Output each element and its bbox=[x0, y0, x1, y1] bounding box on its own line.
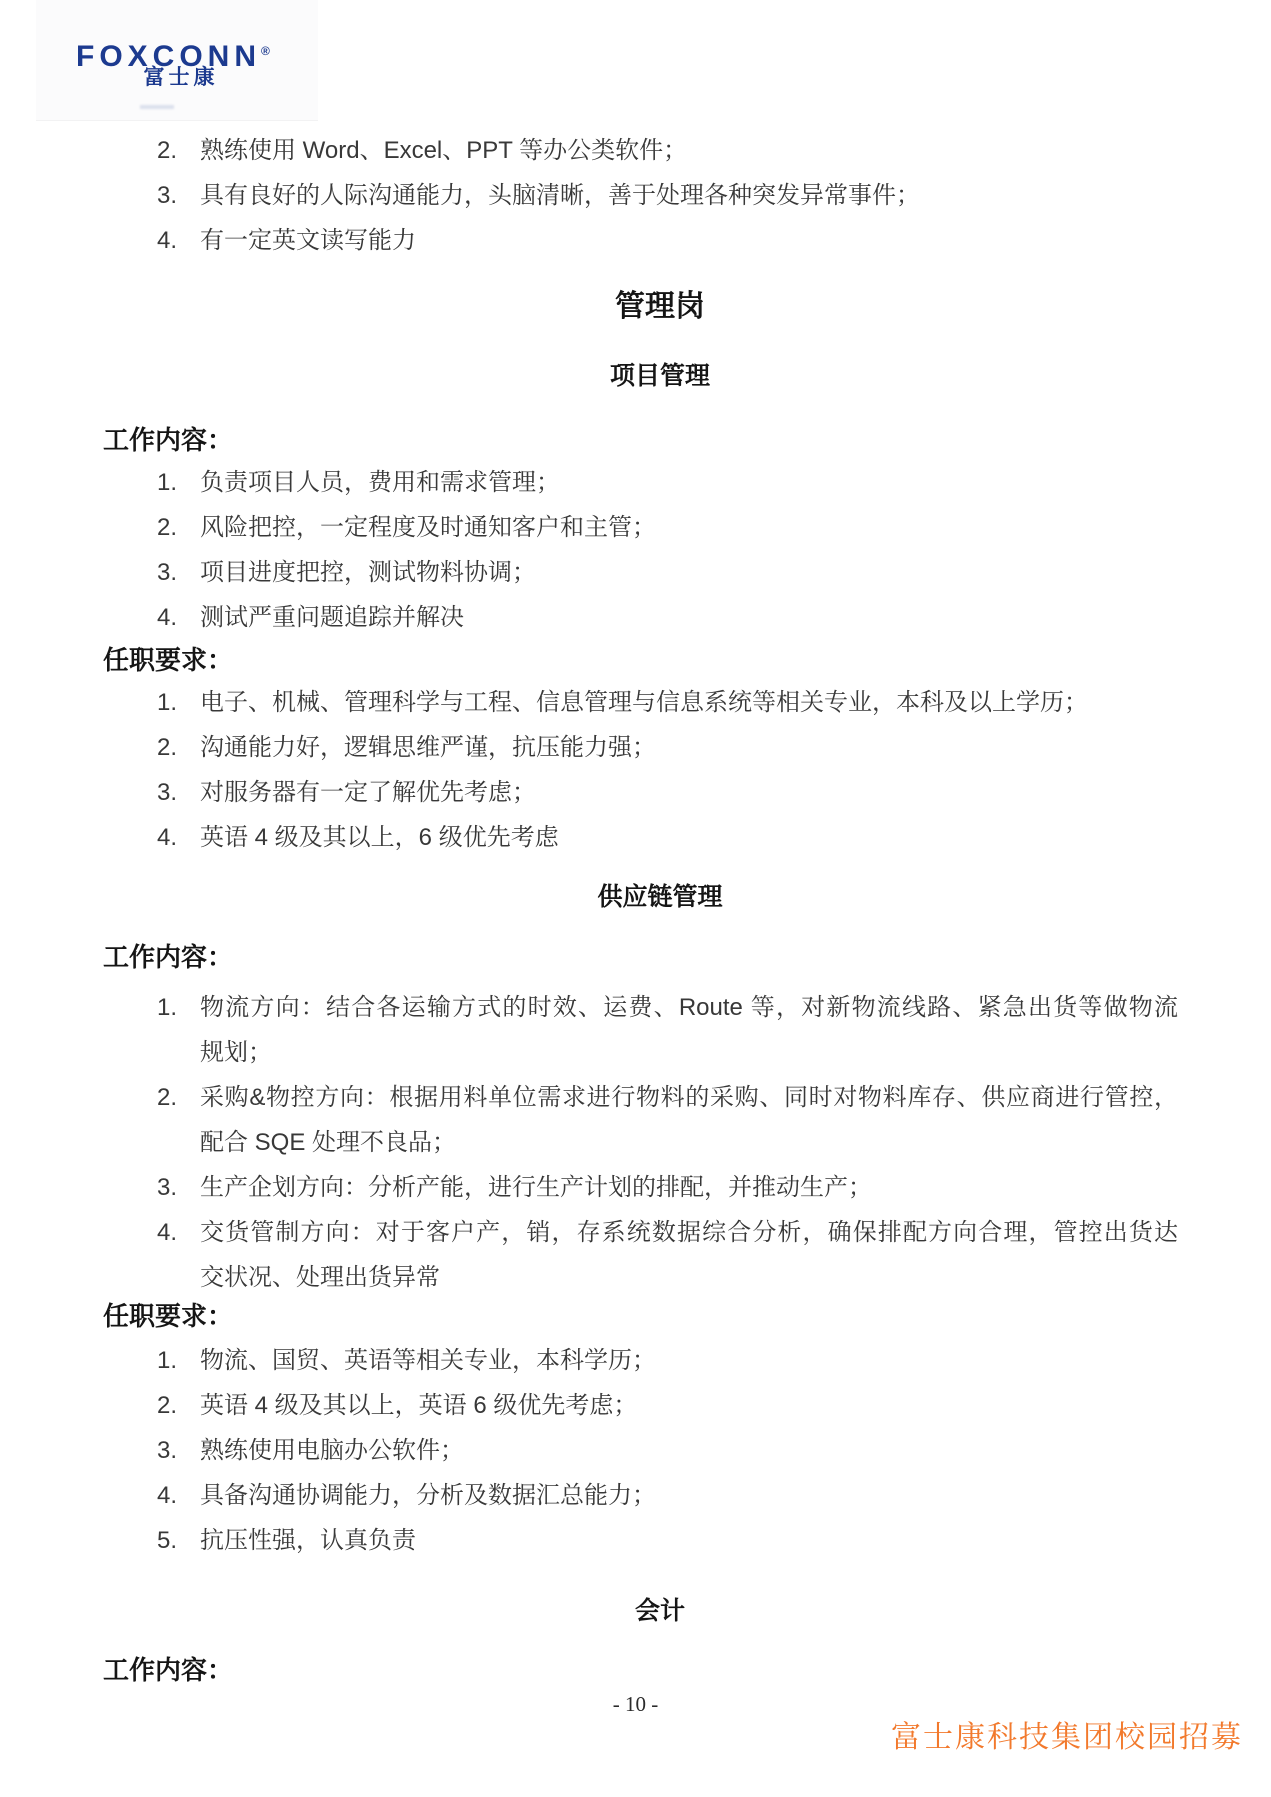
item-text: 抗压性强，认真负责 bbox=[200, 1518, 1178, 1563]
item-text-line: 交货管制方向：对于客户产，销，存系统数据综合分析，确保排配方向合理，管控出货达 bbox=[200, 1210, 1178, 1255]
item-number: 5. bbox=[157, 1518, 200, 1563]
item-text: 交货管制方向：对于客户产，销，存系统数据综合分析，确保排配方向合理，管控出货达 … bbox=[200, 1210, 1178, 1300]
item-number: 3. bbox=[157, 173, 200, 218]
item-text: 沟通能力好，逻辑思维严谨，抗压能力强； bbox=[200, 725, 1178, 770]
item-text: 具备沟通协调能力，分析及数据汇总能力； bbox=[200, 1473, 1178, 1518]
page-number: - 10 - bbox=[0, 1693, 1271, 1716]
item-number: 1. bbox=[157, 985, 200, 1030]
item-number: 1. bbox=[157, 680, 200, 725]
list-item: 4. 英语 4 级及其以上，6 级优先考虑 bbox=[157, 815, 1187, 860]
item-text-line: 交状况、处理出货异常 bbox=[200, 1255, 1178, 1300]
item-number: 2. bbox=[157, 505, 200, 550]
work-label-accounting: 工作内容： bbox=[103, 1656, 233, 1684]
logo-artifact bbox=[140, 105, 174, 109]
list-item: 2. 英语 4 级及其以上，英语 6 级优先考虑； bbox=[157, 1383, 1187, 1428]
item-text: 生产企划方向：分析产能，进行生产计划的排配，并推动生产； bbox=[200, 1165, 1178, 1210]
item-number: 2. bbox=[157, 128, 200, 173]
item-number: 2. bbox=[157, 1383, 200, 1428]
intro-list: 2. 熟练使用 Word、Excel、PPT 等办公类软件； 3. 具有良好的人… bbox=[157, 128, 1187, 263]
item-text: 负责项目人员，费用和需求管理； bbox=[200, 460, 1178, 505]
list-item: 3. 生产企划方向：分析产能，进行生产计划的排配，并推动生产； bbox=[157, 1165, 1187, 1210]
document-page: FOXCONN® 富士康 2. 熟练使用 Word、Excel、PPT 等办公类… bbox=[0, 0, 1271, 1797]
item-text: 熟练使用 Word、Excel、PPT 等办公类软件； bbox=[200, 128, 1178, 173]
item-text: 物流、国贸、英语等相关专业，本科学历； bbox=[200, 1338, 1178, 1383]
footer-brand-text: 富士康科技集团校园招募 bbox=[891, 1722, 1243, 1754]
item-text: 测试严重问题追踪并解决 bbox=[200, 595, 1178, 640]
item-text-line: 规划； bbox=[200, 1030, 1178, 1075]
item-number: 4. bbox=[157, 1473, 200, 1518]
scm-work-list: 1. 物流方向：结合各运输方式的时效、运费、Route 等，对新物流线路、紧急出… bbox=[157, 985, 1187, 1300]
item-number: 2. bbox=[157, 725, 200, 770]
pm-req-list: 1. 电子、机械、管理科学与工程、信息管理与信息系统等相关专业，本科及以上学历；… bbox=[157, 680, 1187, 860]
foxconn-chinese-name: 富士康 bbox=[76, 66, 286, 90]
item-number: 2. bbox=[157, 1075, 200, 1120]
req-label-scm: 任职要求： bbox=[103, 1302, 233, 1330]
item-text: 英语 4 级及其以上，英语 6 级优先考虑； bbox=[200, 1383, 1178, 1428]
item-text: 项目进度把控，测试物料协调； bbox=[200, 550, 1178, 595]
list-item: 5. 抗压性强，认真负责 bbox=[157, 1518, 1187, 1563]
list-item: 4. 有一定英文读写能力 bbox=[157, 218, 1187, 263]
pm-work-list: 1. 负责项目人员，费用和需求管理； 2. 风险把控，一定程度及时通知客户和主管… bbox=[157, 460, 1187, 640]
section-title-accounting: 会计 bbox=[100, 1598, 1220, 1625]
list-item: 2. 沟通能力好，逻辑思维严谨，抗压能力强； bbox=[157, 725, 1187, 770]
list-item: 1. 电子、机械、管理科学与工程、信息管理与信息系统等相关专业，本科及以上学历； bbox=[157, 680, 1187, 725]
list-item: 1. 物流方向：结合各运输方式的时效、运费、Route 等，对新物流线路、紧急出… bbox=[157, 985, 1187, 1075]
list-item: 4. 测试严重问题追踪并解决 bbox=[157, 595, 1187, 640]
item-text-line: 物流方向：结合各运输方式的时效、运费、Route 等，对新物流线路、紧急出货等做… bbox=[200, 985, 1178, 1030]
work-label-pm: 工作内容： bbox=[103, 426, 233, 454]
item-text: 具有良好的人际沟通能力，头脑清晰，善于处理各种突发异常事件； bbox=[200, 173, 1178, 218]
list-item: 3. 熟练使用电脑办公软件； bbox=[157, 1428, 1187, 1473]
list-item: 3. 对服务器有一定了解优先考虑； bbox=[157, 770, 1187, 815]
registered-trademark-icon: ® bbox=[261, 44, 270, 58]
item-number: 4. bbox=[157, 1210, 200, 1255]
item-text-line: 生产企划方向：分析产能，进行生产计划的排配，并推动生产； bbox=[200, 1165, 1178, 1210]
section-title-project-management: 项目管理 bbox=[100, 363, 1220, 390]
item-text: 采购&物控方向：根据用料单位需求进行物料的采购、同时对物料库存、供应商进行管控，… bbox=[200, 1075, 1178, 1165]
item-number: 3. bbox=[157, 1428, 200, 1473]
item-text: 熟练使用电脑办公软件； bbox=[200, 1428, 1178, 1473]
section-title-scm: 供应链管理 bbox=[100, 884, 1220, 911]
list-item: 4. 具备沟通协调能力，分析及数据汇总能力； bbox=[157, 1473, 1187, 1518]
item-number: 4. bbox=[157, 218, 200, 263]
item-number: 1. bbox=[157, 460, 200, 505]
list-item: 2. 熟练使用 Word、Excel、PPT 等办公类软件； bbox=[157, 128, 1187, 173]
list-item: 2. 采购&物控方向：根据用料单位需求进行物料的采购、同时对物料库存、供应商进行… bbox=[157, 1075, 1187, 1165]
list-item: 4. 交货管制方向：对于客户产，销，存系统数据综合分析，确保排配方向合理，管控出… bbox=[157, 1210, 1187, 1300]
item-text: 物流方向：结合各运输方式的时效、运费、Route 等，对新物流线路、紧急出货等做… bbox=[200, 985, 1178, 1075]
work-label-scm: 工作内容： bbox=[103, 943, 233, 971]
section-title-management: 管理岗 bbox=[100, 291, 1220, 323]
item-text: 风险把控，一定程度及时通知客户和主管； bbox=[200, 505, 1178, 550]
item-text-line: 配合 SQE 处理不良品； bbox=[200, 1120, 1178, 1165]
item-text: 英语 4 级及其以上，6 级优先考虑 bbox=[200, 815, 1178, 860]
item-text: 有一定英文读写能力 bbox=[200, 218, 1178, 263]
item-text: 对服务器有一定了解优先考虑； bbox=[200, 770, 1178, 815]
list-item: 3. 项目进度把控，测试物料协调； bbox=[157, 550, 1187, 595]
list-item: 1. 物流、国贸、英语等相关专业，本科学历； bbox=[157, 1338, 1187, 1383]
item-number: 3. bbox=[157, 550, 200, 595]
list-item: 2. 风险把控，一定程度及时通知客户和主管； bbox=[157, 505, 1187, 550]
item-number: 3. bbox=[157, 1165, 200, 1210]
scm-req-list: 1. 物流、国贸、英语等相关专业，本科学历； 2. 英语 4 级及其以上，英语 … bbox=[157, 1338, 1187, 1563]
item-number: 4. bbox=[157, 595, 200, 640]
item-text-line: 采购&物控方向：根据用料单位需求进行物料的采购、同时对物料库存、供应商进行管控， bbox=[200, 1075, 1178, 1120]
list-item: 1. 负责项目人员，费用和需求管理； bbox=[157, 460, 1187, 505]
item-number: 1. bbox=[157, 1338, 200, 1383]
list-item: 3. 具有良好的人际沟通能力，头脑清晰，善于处理各种突发异常事件； bbox=[157, 173, 1187, 218]
item-number: 4. bbox=[157, 815, 200, 860]
item-number: 3. bbox=[157, 770, 200, 815]
req-label-pm: 任职要求： bbox=[103, 646, 233, 674]
item-text: 电子、机械、管理科学与工程、信息管理与信息系统等相关专业，本科及以上学历； bbox=[200, 680, 1178, 725]
